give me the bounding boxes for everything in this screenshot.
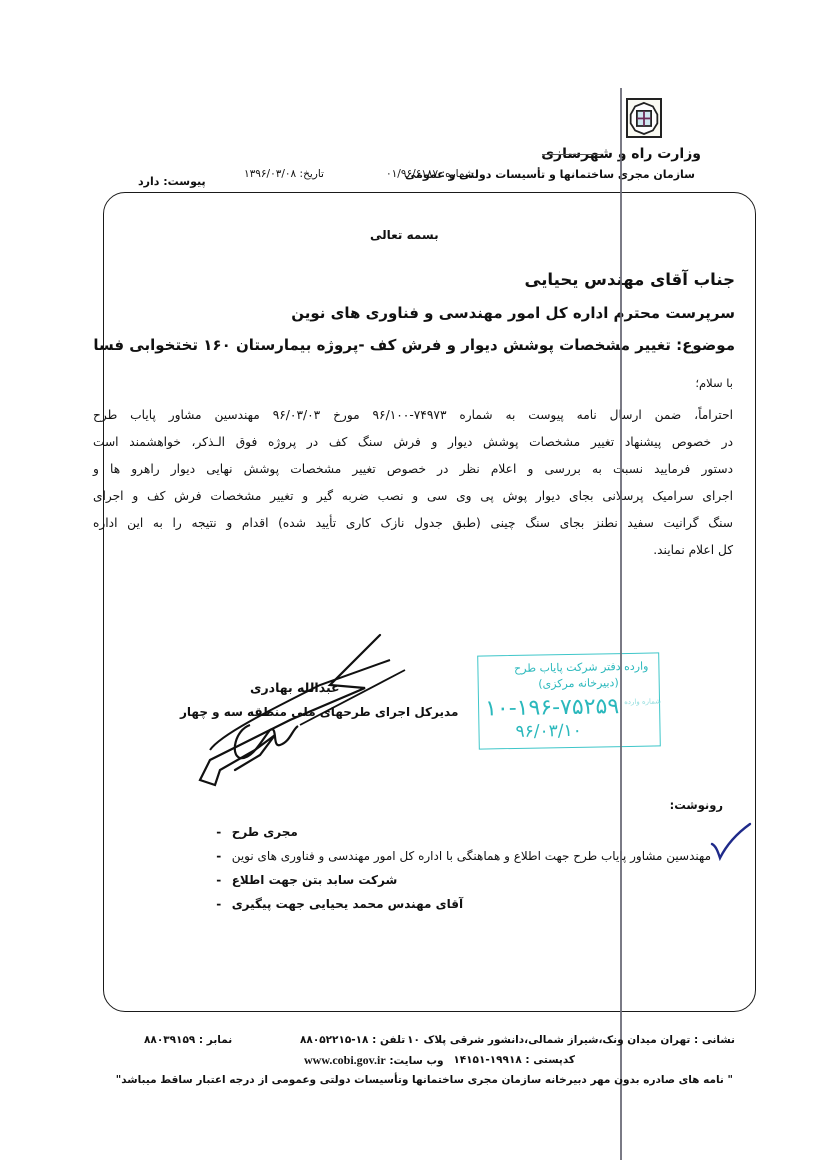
cc-item: - مجری طرح (206, 820, 711, 844)
subject-line: موضوع: تغییر مشخصات پوشش دیوار و فرش کف … (93, 336, 735, 354)
footer-address: نشانی : تهران میدان ونک،شیراز شمالی،دانش… (407, 1034, 735, 1046)
website-label: وب سایت: (389, 1055, 443, 1067)
stamp-subtitle: (دبیرخانه مرکزی) (538, 676, 619, 690)
cc-dash: - (206, 892, 232, 916)
checkmark-icon (708, 822, 752, 862)
subject-label: موضوع: (676, 336, 735, 354)
signer-title: مدیرکل اجرای طرحهای ملی منطقه سه و چهار (180, 705, 458, 719)
addressee: جناب آقای مهندس یحیایی (525, 270, 735, 289)
stamp-side-label: شماره وارده (624, 697, 661, 706)
letter-number: شماره: ۰۱/۹۶/۶۱۸۷ (386, 168, 474, 180)
letter-body: احتراماً، ضمن ارسال نامه پیوست به شماره … (93, 402, 733, 564)
footer-phone: تلفن : ۱۸-۸۸۰۵۲۲۱۵ (300, 1034, 405, 1046)
cc-item-text: مجری طرح (232, 820, 298, 844)
body-line: کل اعلام نمایند. (93, 537, 733, 564)
cc-list: - مجری طرح - مهندسین مشاور پایاب طرح جهت… (206, 820, 711, 916)
subject-text: تغییر مشخصات پوشش دیوار و فرش کف -پروژه … (93, 336, 671, 354)
header-rule (542, 154, 602, 155)
body-line: دستور فرمایید نسبت به بررسی و اعلام نظر … (93, 456, 733, 483)
cc-item-text: شرکت سابد بتن جهت اطلاع (232, 868, 398, 892)
received-stamp: وارده دفتر شرکت پایاب طرح (دبیرخانه مرکز… (477, 652, 661, 749)
ministry-emblem-icon (626, 98, 662, 138)
footer-postal-code: کدپستی : ۱۹۹۱۸-۱۴۱۵۱ (453, 1054, 575, 1066)
body-line: احتراماً، ضمن ارسال نامه پیوست به شماره … (93, 402, 733, 429)
cc-dash: - (206, 844, 232, 868)
body-line: اجرای سرامیک پرسلانی بجای دیوار پوش پی و… (93, 483, 733, 510)
website-link[interactable]: www.cobi.gov.ir (304, 1053, 386, 1067)
cc-label: رونوشت: (670, 798, 723, 812)
attachment-value: دارد (138, 175, 159, 188)
greeting: با سلام؛ (695, 376, 733, 390)
attachment-info: پیوست: دارد (138, 175, 206, 188)
scan-artifact-line (620, 88, 622, 1160)
body-line: در خصوص پیشنهاد تغییر مشخصات پوشش دیوار … (93, 429, 733, 456)
attachment-label: پیوست: (163, 175, 205, 188)
cc-item: - مهندسین مشاور پایاب طرح جهت اطلاع و هم… (206, 844, 711, 868)
letter-date-value: ۱۳۹۶/۰۳/۰۸ (244, 168, 296, 180)
stamp-title: وارده دفتر شرکت پایاب طرح (514, 660, 649, 675)
footer-disclaimer: " نامه های صادره بدون مهر دبیرخانه سازما… (116, 1074, 733, 1086)
emblem-graphic (628, 100, 660, 136)
footer-fax: نمابر : ۸۸۰۳۹۱۵۹ (144, 1034, 232, 1046)
stamp-date: ۹۶/۰۳/۱۰ (515, 721, 582, 742)
cc-dash: - (206, 820, 232, 844)
invocation: بسمه تعالی (370, 228, 439, 242)
letter-number-value: ۰۱/۹۶/۶۱۸۷ (386, 168, 438, 180)
signer-name: عبدالله بهادری (250, 680, 340, 695)
stamp-number: ۱۰-۱۹۶-۷۵۲۵۹ (485, 694, 619, 721)
cc-dash: - (206, 868, 232, 892)
cc-item-text: آقای مهندس محمد یحیایی جهت پیگیری (232, 892, 463, 916)
cc-item: - آقای مهندس محمد یحیایی جهت پیگیری (206, 892, 711, 916)
letter-date: تاریخ: ۱۳۹۶/۰۳/۰۸ (244, 168, 324, 180)
letter-number-label: شماره: (442, 168, 474, 180)
body-line: سنگ گرانیت سفید نطنز بجای سنگ چینی (طبق … (93, 510, 733, 537)
footer-website: وب سایت: www.cobi.gov.ir (304, 1053, 444, 1068)
cc-item-text: مهندسین مشاور پایاب طرح جهت اطلاع و هماه… (232, 844, 711, 868)
letter-date-label: تاریخ: (300, 168, 324, 180)
addressee-title: سرپرست محترم اداره کل امور مهندسی و فناو… (291, 304, 735, 322)
cc-item: - شرکت سابد بتن جهت اطلاع (206, 868, 711, 892)
